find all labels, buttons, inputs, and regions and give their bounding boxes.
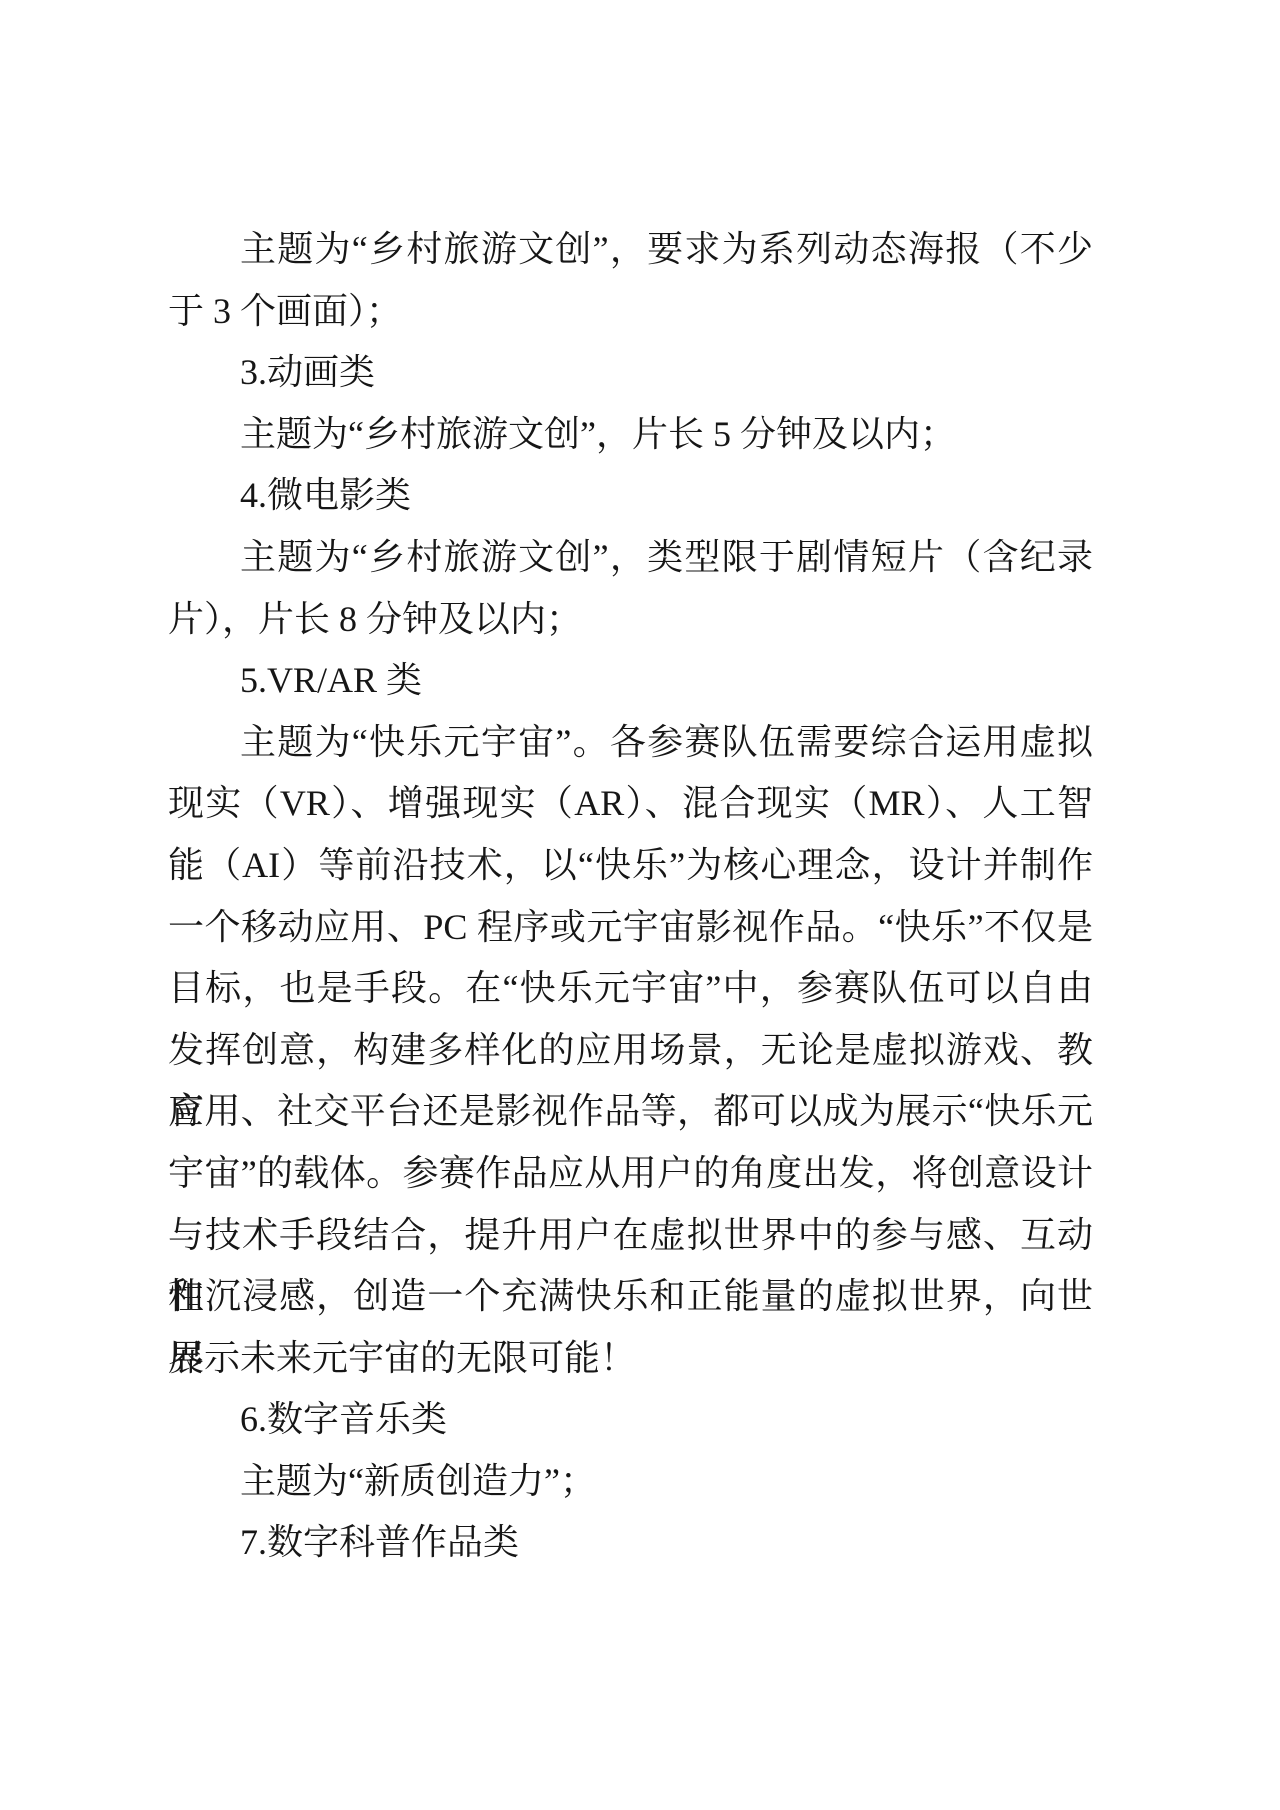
text-line: 能（AI）等前沿技术，以“快乐”为核心理念，设计并制作 [168,835,1093,897]
text-line: 主题为“快乐元宇宙”。各参赛队伍需要综合运用虚拟 [168,712,1093,774]
text-line: 6.数字音乐类 [168,1389,1093,1451]
text-line: 现实（VR）、增强现实（AR）、混合现实（MR）、人工智 [168,773,1093,835]
document-body: 主题为“乡村旅游文创”，要求为系列动态海报（不少于 3 个画面）；3.动画类主题… [168,219,1093,1574]
text-line: 和沉浸感，创造一个充满快乐和正能量的虚拟世界，向世界 [168,1266,1093,1328]
text-line: 目标，也是手段。在“快乐元宇宙”中，参赛队伍可以自由 [168,958,1093,1020]
text-line: 4.微电影类 [168,465,1093,527]
text-line: 7.数字科普作品类 [168,1512,1093,1574]
text-line: 宇宙”的载体。参赛作品应从用户的角度出发，将创意设计 [168,1143,1093,1205]
document-page: 主题为“乡村旅游文创”，要求为系列动态海报（不少于 3 个画面）；3.动画类主题… [0,0,1280,1810]
text-line: 与技术手段结合，提升用户在虚拟世界中的参与感、互动性 [168,1205,1093,1267]
text-line: 5.VR/AR 类 [168,650,1093,712]
text-line: 展示未来元宇宙的无限可能！ [168,1328,1093,1390]
text-line: 片），片长 8 分钟及以内； [168,589,1093,651]
text-line: 主题为“乡村旅游文创”，要求为系列动态海报（不少 [168,219,1093,281]
text-line: 于 3 个画面）； [168,281,1093,343]
text-line: 主题为“乡村旅游文创”，类型限于剧情短片（含纪录 [168,527,1093,589]
text-line: 3.动画类 [168,342,1093,404]
text-line: 应用、社交平台还是影视作品等，都可以成为展示“快乐元 [168,1081,1093,1143]
text-line: 主题为“乡村旅游文创”，片长 5 分钟及以内； [168,404,1093,466]
text-line: 主题为“新质创造力”； [168,1451,1093,1513]
text-line: 发挥创意，构建多样化的应用场景，无论是虚拟游戏、教育 [168,1020,1093,1082]
text-line: 一个移动应用、PC 程序或元宇宙影视作品。“快乐”不仅是 [168,897,1093,959]
